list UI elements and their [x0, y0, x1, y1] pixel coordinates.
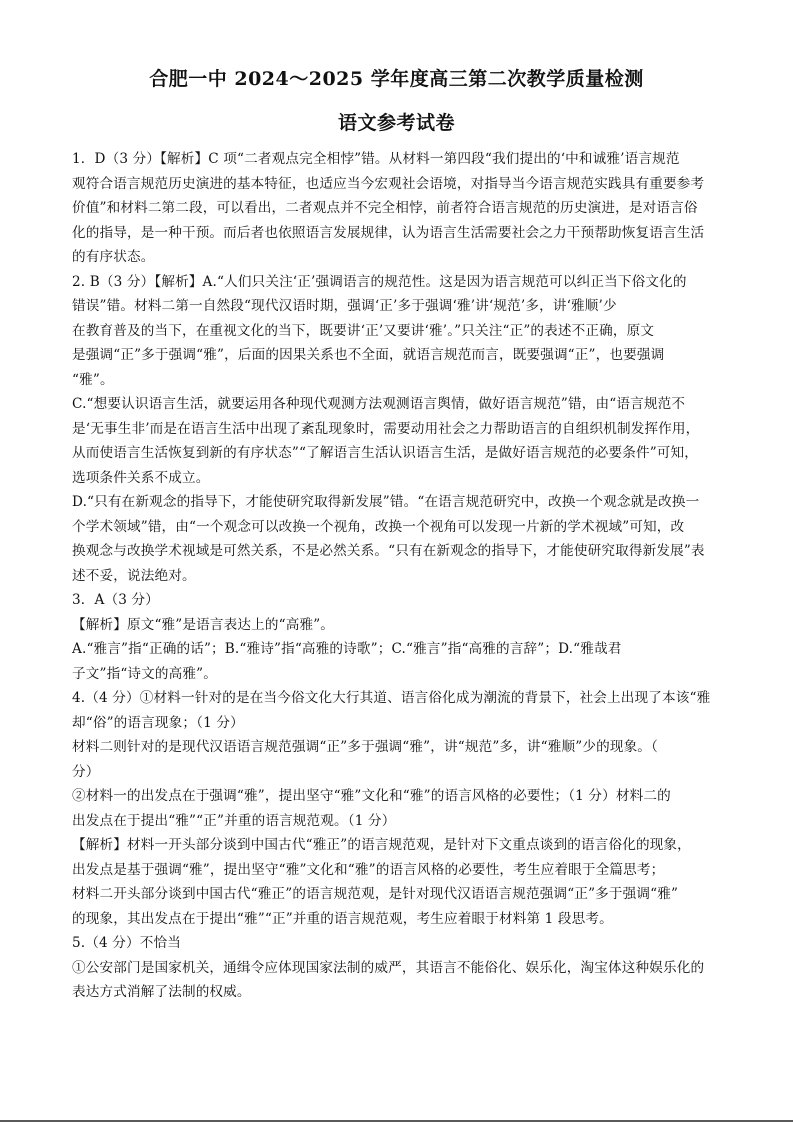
text-line: 换观念与改换学术视域是可然关系，不是必然关系。“只有在新观念的指导下，才能使研究…	[72, 539, 722, 564]
text-line: 化的指导，是一种干预。而后者也依照语言发展规律，认为语言生活需要社会之力干预帮助…	[72, 221, 722, 246]
text-line: 的现象，其出发点在于提出“雅”“正”并重的语言规范观，考生应着眼于材料第 1 段…	[72, 907, 722, 932]
text-line: 5.（4 分）不恰当	[72, 931, 722, 956]
text-line: 的有序状态。	[72, 245, 722, 270]
text-line: ②材料一的出发点在于强调“雅”，提出坚守“雅”文化和“雅”的语言风格的必要性；（…	[72, 784, 722, 809]
text-line: 表达方式消解了法制的权威。	[72, 980, 722, 1005]
text-line: 4.（4 分）①材料一针对的是在当今俗文化大行其道、语言俗化成为潮流的背景下，社…	[72, 686, 722, 711]
document-page: 合肥一中 2024～2025 学年度高三第二次教学质量检测 语文参考试卷 1．D…	[0, 0, 793, 1122]
text-line: 出发点在于提出“雅”“正”并重的语言规范观。（1 分）	[72, 809, 722, 834]
text-line: 个学术领域”错，由“一个观念可以改换一个视角，改换一个视角可以发现一片新的学术视…	[72, 515, 722, 540]
text-line: 在教育普及的当下，在重视文化的当下，既要讲‘正’又要讲‘雅’。”只关注“正”的表…	[72, 319, 722, 344]
text-line: 选项条件关系不成立。	[72, 466, 722, 491]
text-line: 错误”错。材料二第一自然段“现代汉语时期，强调‘正’多于强调‘雅’讲‘规范’多，…	[72, 294, 722, 319]
text-line: 【解析】原文“雅”是语言表达上的“高雅”。	[72, 613, 722, 638]
text-line: 述不妥，说法绝对。	[72, 564, 722, 589]
text-line: 出发点是基于强调“雅”，提出坚守“雅”文化和“雅”的语言风格的必要性，考生应着眼…	[72, 858, 722, 883]
text-line: 子文”指“诗文的高雅”。	[72, 662, 722, 687]
document-subtitle: 语文参考试卷	[0, 108, 793, 135]
text-line: 是‘无事生非’而是在语言生活中出现了紊乱现象时，需要动用社会之力帮助语言的自组织…	[72, 417, 722, 442]
text-line: A.“雅言”指“正确的话”；B.“雅诗”指“高雅的诗歌”；C.“雅言”指“高雅的…	[72, 637, 722, 662]
text-line: C.“想要认识语言生活，就要运用各种现代观测方法观测语言舆情，做好语言规范”错，…	[72, 392, 722, 417]
text-line: 1．D（3 分）【解析】C 项“二者观点完全相悖”错。从材料一第四段“我们提出的…	[72, 147, 722, 172]
text-line: 3．A（3 分）	[72, 588, 722, 613]
text-line: 是强调“正”多于强调“雅”，后面的因果关系也不全面，就语言规范而言，既要强调“正…	[72, 343, 722, 368]
text-line: 从而使语言生活恢复到新的有序状态”“了解语言生活认识语言生活，是做好语言规范的必…	[72, 441, 722, 466]
document-title: 合肥一中 2024～2025 学年度高三第二次教学质量检测	[0, 64, 793, 91]
text-line: D.“只有在新观念的指导下，才能使研究取得新发展”错。“在语言规范研究中，改换一…	[72, 490, 722, 515]
text-line: 价值”和材料二第二段，可以看出，二者观点并不完全相悖，前者符合语言规范的历史演进…	[72, 196, 722, 221]
text-line: “雅”。	[72, 368, 722, 393]
text-line: 却“俗”的语言现象；（1 分）	[72, 711, 722, 736]
answer-key-body: 1．D（3 分）【解析】C 项“二者观点完全相悖”错。从材料一第四段“我们提出的…	[72, 147, 722, 1005]
text-line: 观符合语言规范历史演进的基本特征，也适应当今宏观社会语境，对指导当今语言规范实践…	[72, 172, 722, 197]
text-line: 2. B（3 分）【解析】A.“人们只关注‘正’强调语言的规范性。这是因为语言规…	[72, 270, 722, 295]
text-line: 材料二开头部分谈到中国古代“雅正”的语言规范观，是针对现代汉语语言规范强调“正”…	[72, 882, 722, 907]
text-line: 分）	[72, 760, 722, 785]
text-line: 【解析】材料一开头部分谈到中国古代“雅正”的语言规范观，是针对下文重点谈到的语言…	[72, 833, 722, 858]
text-line: ①公安部门是国家机关，通缉令应体现国家法制的威严，其语言不能俗化、娱乐化，淘宝体…	[72, 956, 722, 981]
text-line: 材料二则针对的是现代汉语语言规范强调“正”多于强调“雅”，讲“规范”多，讲“雅顺…	[72, 735, 722, 760]
